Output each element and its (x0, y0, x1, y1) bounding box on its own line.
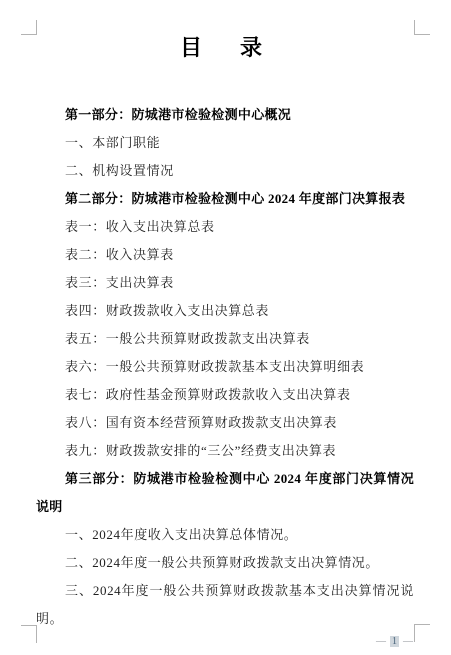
toc-entry: 表六：一般公共预算财政拨款基本支出决算明细表 (36, 353, 414, 381)
toc-entry: 表二：收入决算表 (36, 241, 414, 269)
page-number-field: 1 (390, 636, 399, 647)
toc-entry: 表五：一般公共预算财政拨款支出决算表 (36, 325, 414, 353)
toc-list: 第一部分：防城港市检验检测中心概况一、本部门职能二、机构设置情况第二部分：防城港… (36, 101, 414, 633)
toc-entry: 一、2024年度收入支出决算总体情况。 (36, 521, 414, 549)
toc-entry: 二、2024年度一般公共预算财政拨款支出决算情况。 (36, 549, 414, 577)
page-number-right-dash: — (403, 636, 413, 647)
toc-entry: 第二部分：防城港市检验检测中心 2024 年度部门决算报表 (36, 185, 414, 213)
toc-entry: 第三部分：防城港市检验检测中心 2024 年度部门决算情况说明 (36, 465, 414, 521)
page-content: 目 录 第一部分：防城港市检验检测中心概况一、本部门职能二、机构设置情况第二部分… (36, 0, 414, 633)
toc-entry: 表一：收入支出决算总表 (36, 213, 414, 241)
toc-entry: 表三：支出决算表 (36, 269, 414, 297)
page-number-left-dash: — (376, 636, 386, 647)
document-page: 目 录 第一部分：防城港市检验检测中心概况一、本部门职能二、机构设置情况第二部分… (0, 0, 451, 655)
toc-entry: 表七：政府性基金预算财政拨款收入支出决算表 (36, 381, 414, 409)
toc-entry: 三、2024年度一般公共预算财政拨款基本支出决算情况说明。 (36, 577, 414, 633)
toc-entry: 表四：财政拨款收入支出决算总表 (36, 297, 414, 325)
crop-mark-bottom-right (414, 624, 430, 642)
crop-mark-bottom-left (21, 625, 37, 643)
toc-entry: 表八：国有资本经营预算财政拨款支出决算表 (36, 409, 414, 437)
page-title: 目 录 (36, 36, 414, 60)
page-number: — 1 — (376, 636, 413, 647)
toc-entry: 二、机构设置情况 (36, 157, 414, 185)
toc-entry: 一、本部门职能 (36, 129, 414, 157)
crop-mark-top-left (21, 20, 37, 35)
toc-entry: 第一部分：防城港市检验检测中心概况 (36, 101, 414, 129)
crop-mark-top-right (414, 20, 430, 35)
toc-entry: 表九：财政拨款安排的“三公”经费支出决算表 (36, 437, 414, 465)
